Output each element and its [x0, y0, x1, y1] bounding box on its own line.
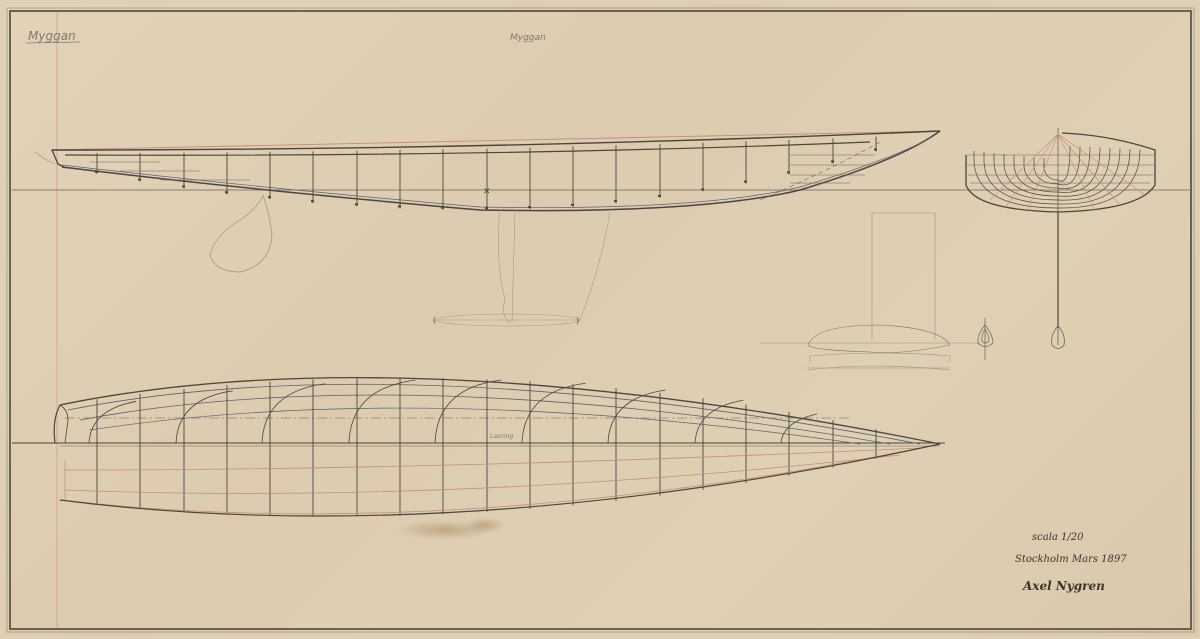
- body-section-fore: [1058, 148, 1100, 193]
- station-tick: [874, 148, 877, 150]
- frame-arc: [176, 391, 233, 443]
- svg-text:(: (: [433, 316, 436, 325]
- lines-plan-drawing: ✕ ( ): [0, 0, 1200, 639]
- station-tick: [182, 185, 185, 187]
- station-tick: [614, 200, 617, 202]
- frame-arc: [89, 401, 136, 443]
- station-tick: [571, 204, 574, 206]
- profile-view: ✕: [12, 131, 1190, 211]
- drawing-sheet: ✕ ( ): [0, 0, 1200, 639]
- station-tick: [528, 206, 531, 208]
- body-section-aft: [1044, 158, 1058, 180]
- rudder-outline: [210, 195, 272, 272]
- body-section-fore: [1058, 150, 1140, 209]
- scale-note: scala 1/20: [1032, 532, 1084, 543]
- fin-keel-plan: [760, 213, 980, 370]
- body-section-fore: [1058, 146, 1070, 181]
- station-tick: [138, 179, 141, 181]
- frame-arc: [349, 380, 415, 443]
- signature: Axel Nygren: [1022, 579, 1105, 593]
- frame-arc: [695, 400, 743, 443]
- station-tick: [831, 160, 834, 162]
- station-tick: [398, 205, 401, 207]
- corner-title: Myggan: [28, 29, 76, 43]
- half-breadth-view: [12, 353, 950, 516]
- station-tick: [787, 171, 790, 173]
- station-tick: [225, 191, 228, 193]
- body-plan-view: [966, 128, 1155, 349]
- body-section-aft: [984, 152, 1058, 204]
- station-tick: [355, 203, 358, 205]
- midship-mark: ✕: [483, 187, 491, 197]
- top-title: Myggan: [510, 33, 546, 43]
- water-stain-2: [465, 517, 505, 533]
- station-tick: [441, 207, 444, 209]
- station-tick: [485, 207, 488, 209]
- fin-keel-profile: ( ): [433, 210, 610, 326]
- station-tick: [311, 200, 314, 202]
- bulb-section-small: [978, 318, 993, 360]
- place-date: Stockholm Mars 1897: [1015, 554, 1127, 565]
- centerline-label: Lasning: [490, 433, 513, 440]
- station-tick: [268, 196, 271, 198]
- sheet-border: [7, 8, 1194, 632]
- station-tick: [744, 181, 747, 183]
- frame-arc: [522, 383, 586, 443]
- svg-text:): ): [576, 316, 579, 325]
- station-tick: [658, 195, 661, 197]
- station-tick: [701, 188, 704, 190]
- frame-arc: [262, 384, 325, 443]
- station-tick: [95, 171, 98, 173]
